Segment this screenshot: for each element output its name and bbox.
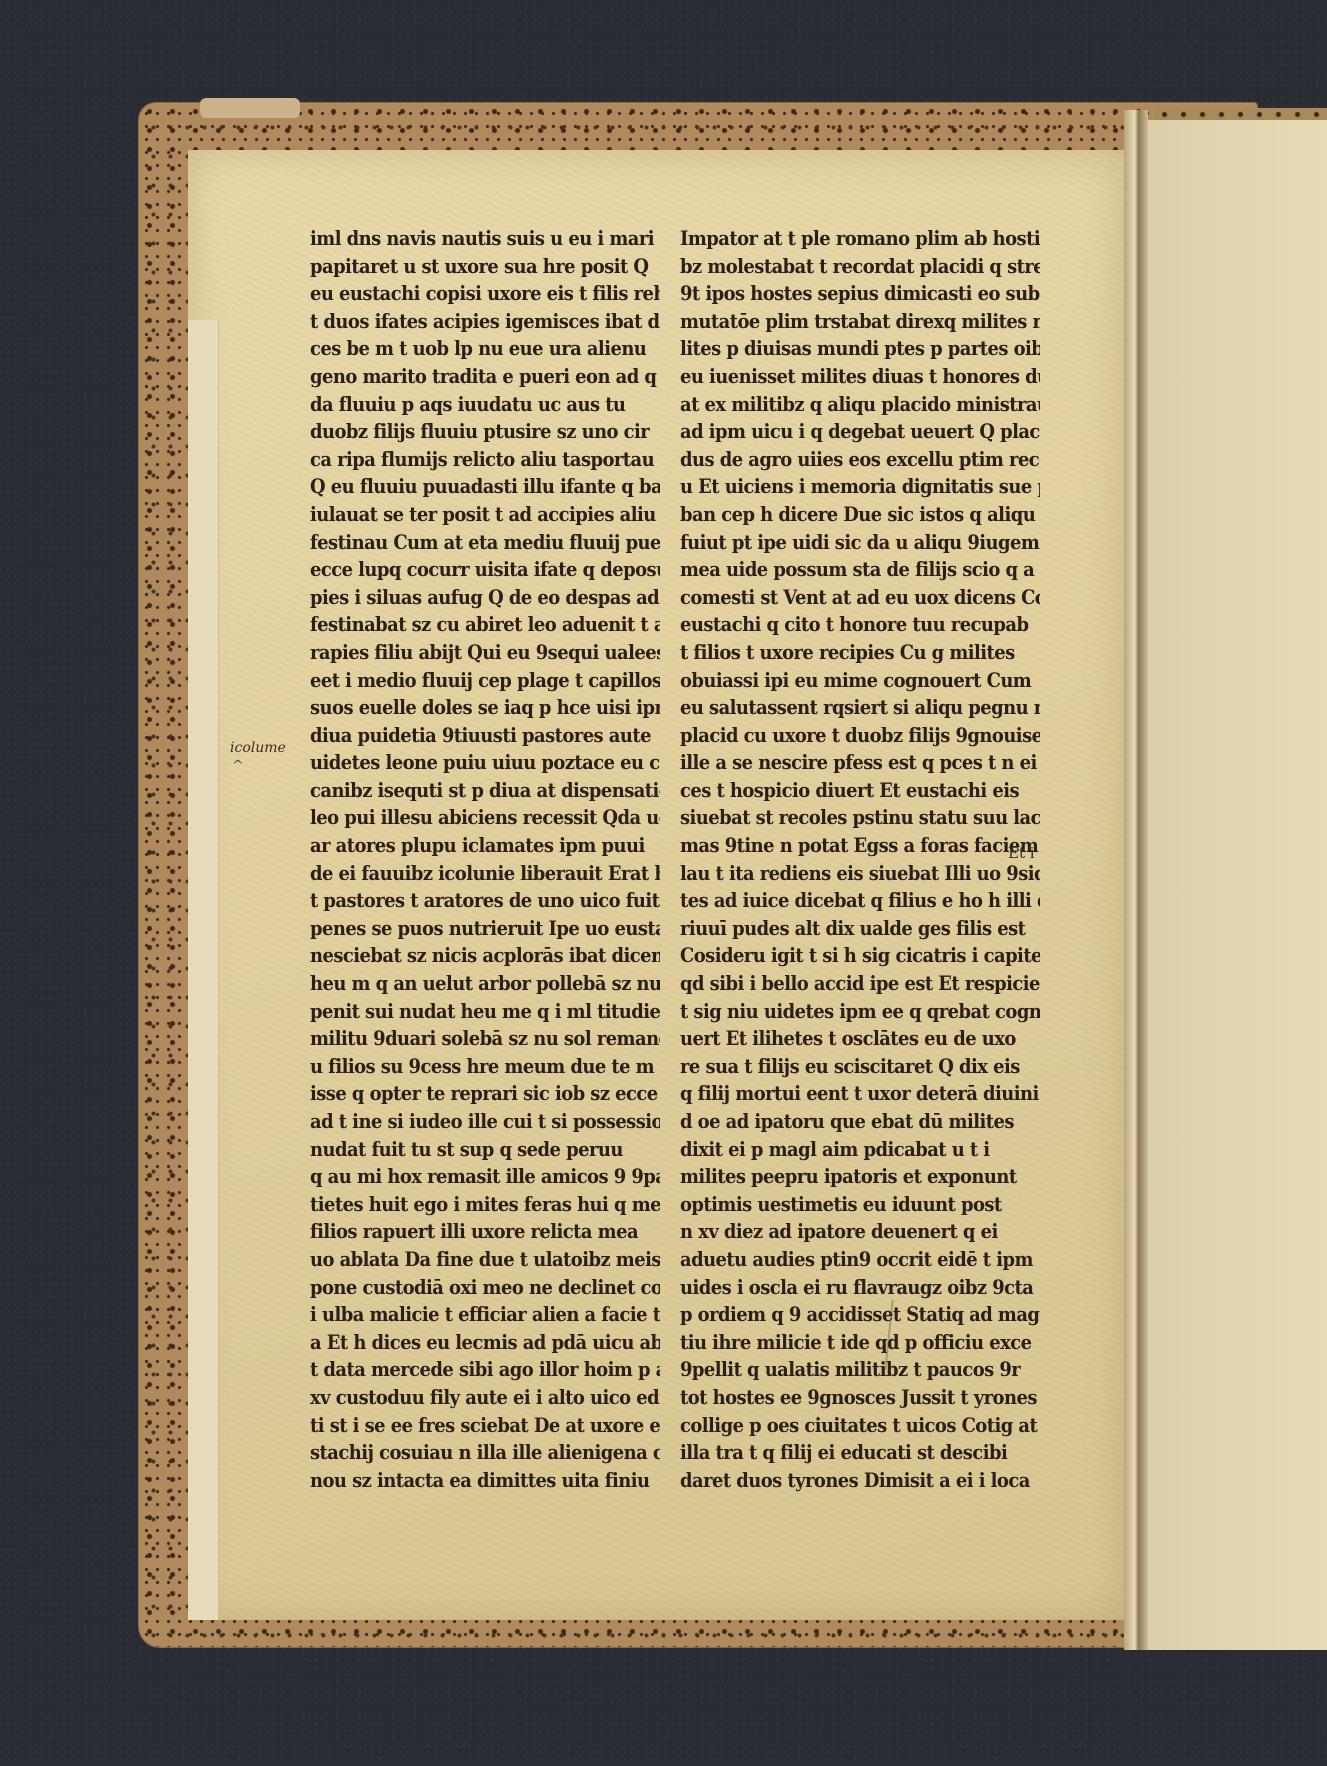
manuscript-line: illa tra t q filij ei educati st descibi [680, 1439, 1011, 1467]
manuscript-line: nou sz intacta ea dimittes uita finiu [310, 1467, 632, 1495]
manuscript-line: tes ad iuice dicebat q filius e ho h ill… [680, 887, 1011, 915]
manuscript-line: u Et uiciens i memoria dignitatis sue ps… [680, 473, 1011, 501]
manuscript-line: q filij mortui eent t uxor deterā diuini [680, 1080, 1011, 1108]
manuscript-line: t sig niu uidetes ipm ee q qrebat cognou… [680, 998, 1011, 1026]
manuscript-line: ad t ine si iudeo ille cui t si possessi… [310, 1108, 632, 1136]
manuscript-line: p ordiem q 9 accidisset Statiq ad magis [680, 1301, 1011, 1329]
manuscript-line: rapies filiu abijt Qui eu 9sequi ualees … [310, 639, 632, 667]
manuscript-line: uides i oscla ei ru flavraugz oibz 9cta [680, 1274, 1011, 1302]
manuscript-line: xv custoduu fily aute ei i alto uico edu… [310, 1384, 632, 1412]
manuscript-line: aduetu audies ptin9 occrit eidē t ipm [680, 1246, 1011, 1274]
manuscript-line: 9t ipos hostes sepius dimicasti eo subit… [680, 280, 1011, 308]
facing-page [1148, 120, 1327, 1650]
manuscript-line: pies i siluas aufug Q de eo despas ad al… [310, 584, 632, 612]
manuscript-line: t duos ifates acipies igemisces ibat di [310, 308, 632, 336]
manuscript-line: Impator at t ple romano plim ab hosti [680, 225, 1011, 253]
manuscript-line: ille a se nescire pfess est q pces t n e… [680, 749, 1011, 777]
manuscript-line: festinabat sz cu abiret leo aduenit t al… [310, 611, 632, 639]
manuscript-line: festinau Cum at eta mediu fluuij pueniss [310, 529, 632, 557]
manuscript-line: iml dns navis nautis suis u eu i mari [310, 225, 632, 253]
manuscript-line: leo pui illesu abiciens recessit Qda uo [310, 804, 632, 832]
manuscript-line: nudat fuit tu st sup q sede peruu [310, 1136, 632, 1164]
manuscript-line: lites p diuisas mundi ptes p partes oibz… [680, 335, 1011, 363]
manuscript-line: iulauat se ter posit t ad accipies aliu [310, 501, 632, 529]
manuscript-line: eu iuenisset milites diuas t honores duo [680, 363, 1011, 391]
caret-mark: ^ [232, 758, 244, 774]
manuscript-line: dus de agro uiies eos excellu ptim recog… [680, 446, 1011, 474]
manuscript-line: lau t ita rediens eis siuebat Illi uo 9s… [680, 860, 1011, 888]
manuscript-line: dixit ei p magl aim pdicabat u t i [680, 1136, 1011, 1164]
manuscript-line: tiu ihre milicie t ide qd p officiu exce [680, 1329, 1011, 1357]
manuscript-line: daret duos tyrones Dimisit a ei i loca [680, 1467, 1011, 1495]
manuscript-line: Q eu fluuiu puuadasti illu ifante q ba [310, 473, 632, 501]
manuscript-line: militu 9duari solebā sz nu sol remanes [310, 1025, 632, 1053]
manuscript-line: ban cep h dicere Due sic istos q aliqu m… [680, 501, 1011, 529]
manuscript-line: optimis uestimetis eu iduunt post [680, 1191, 1011, 1219]
manuscript-line: ces t hospicio diuert Et eustachi eis [680, 777, 1011, 805]
repair-stub-strip [188, 320, 219, 1620]
manuscript-line: riuuī pudes alt dix ualde ges filis est [680, 915, 1011, 943]
manuscript-line: penes se puos nutrieruit Ipe uo eustachi [310, 915, 632, 943]
manuscript-line: collige p oes ciuitates t uicos Cotig at [680, 1412, 1011, 1440]
manuscript-line: tietes huit ego i mites feras hui q meos [310, 1191, 632, 1219]
manuscript-line: mutatōe plim trstabat direxq milites mi [680, 308, 1011, 336]
manuscript-line: suos euelle doles se iaq p hce uisi ipm [310, 694, 632, 722]
manuscript-line: n xv diez ad ipatore deuenert q ei [680, 1218, 1011, 1246]
manuscript-line: qd sibi i bello accid ipe est Et respici… [680, 970, 1011, 998]
manuscript-line: t filios t uxore recipies Cu g milites [680, 639, 1011, 667]
manuscript-line: uidetes leone puiu uiuu poztace eu cu [310, 749, 632, 777]
manuscript-line: stachij cosuiau n illa ille alienigena c… [310, 1439, 632, 1467]
manuscript-line: eu eustachi copisi uxore eis t filis reh… [310, 280, 632, 308]
text-column-left: iml dns navis nautis suis u eu i maripap… [310, 225, 660, 1494]
marginal-note: icolume [230, 740, 286, 756]
manuscript-line: de ei fauuibz icolunie liberauit Erat ho [310, 860, 632, 888]
manuscript-line: i ulba malicie t efficiar alien a facie … [310, 1301, 632, 1329]
manuscript-line: ces be m t uob lp nu eue ura alienu [310, 335, 632, 363]
manuscript-line: papitaret u st uxore sua hre posit Q [310, 253, 632, 281]
manuscript-line: ca ripa flumijs relicto aliu tasportau [310, 446, 632, 474]
manuscript-line: at ex militibz q aliqu placido ministrau… [680, 391, 1011, 419]
manuscript-line: t data mercede sibi ago illor hoim p ano… [310, 1356, 632, 1384]
torn-binding-edge [200, 98, 300, 118]
manuscript-line: duobz filijs fluuiu ptusire sz uno cir [310, 418, 632, 446]
manuscript-line: comesti st Vent at ad eu uox dicens Cofi… [680, 584, 1011, 612]
manuscript-line: heu m q an uelut arbor pollebā sz nu [310, 970, 632, 998]
manuscript-line: tot hostes ee 9gnosces Jussit t yrones [680, 1384, 1011, 1412]
manuscript-line: mea uide possum sta de filijs scio q a f… [680, 556, 1011, 584]
manuscript-line: uo ablata Da fine due t ulatoibz meis t [310, 1246, 632, 1274]
manuscript-line: ecce lupq cocurr uisita ifate q deposuit… [310, 556, 632, 584]
manuscript-line: eu salutassent rqsiert si aliqu pegnu no… [680, 694, 1011, 722]
manuscript-line: ad ipm uicu i q degebat ueuert Q placi [680, 418, 1011, 446]
manuscript-line: Cosideru igit t si h sig cicatris i capi… [680, 942, 1011, 970]
manuscript-line: uert Et ilihetes t osclātes eu de uxo [680, 1025, 1011, 1053]
manuscript-line: t pastores t aratores de uno uico fuit t [310, 887, 632, 915]
manuscript-line: re sua t filijs eu sciscitaret Q dix eis [680, 1053, 1011, 1081]
manuscript-line: mas 9tine n potat Egss a foras faciem [680, 832, 1011, 860]
manuscript-line: ti st i se ee fres sciebat De at uxore e… [310, 1412, 632, 1440]
manuscript-line: milites peepru ipatoris et exponunt [680, 1163, 1011, 1191]
manuscript-line: filios rapuert illi uxore relicta mea [310, 1218, 632, 1246]
manuscript-line: 9pellit q ualatis militibz t paucos 9r [680, 1356, 1011, 1384]
manuscript-line: bz molestabat t recordat placidi q stren… [680, 253, 1011, 281]
manuscript-line: penit sui nudat heu me q i ml titudie [310, 998, 632, 1026]
manuscript-line: geno marito tradita e pueri eon ad q [310, 363, 632, 391]
manuscript-line: isse q opter te reprari sic iob sz ecce … [310, 1080, 632, 1108]
manuscript-line: diua puidetia 9tiuusti pastores aute [310, 722, 632, 750]
manuscript-line: u filios su 9cess hre meum due te m dix [310, 1053, 632, 1081]
manuscript-line: fuiut pt ipe uidi sic da u aliqu 9iugem [680, 529, 1011, 557]
manuscript-line: q au mi hox remasit ille amicos 9 9pa [310, 1163, 632, 1191]
manuscript-line: nesciebat sz nicis acplorās ibat dicens [310, 942, 632, 970]
manuscript-line: pone custodiā oxi meo ne declinet cor me… [310, 1274, 632, 1302]
manuscript-line: da fluuiu p aqs iuudatu uc aus tu [310, 391, 632, 419]
text-column-right: Impator at t ple romano plim ab hostibz … [680, 225, 1040, 1494]
manuscript-line: placid cu uxore t duobz filijs 9gnouiset [680, 722, 1011, 750]
manuscript-line: siuebat st recoles pstinu statu suu lac [680, 804, 1011, 832]
manuscript-line: ar atores plupu iclamates ipm puui [310, 832, 632, 860]
manuscript-line: eet i medio fluuij cep plage t capillos [310, 667, 632, 695]
manuscript-line: eustachi q cito t honore tuu recupab [680, 611, 1011, 639]
marginal-insertion: Et i [1008, 844, 1035, 862]
manuscript-line: d oe ad ipatoru que ebat dū milites [680, 1108, 1011, 1136]
manuscript-line: obuiassi ipi eu mime cognouert Cum [680, 667, 1011, 695]
gutter [1124, 110, 1148, 1650]
manuscript-line: canibz isequti st p diua at dispensation… [310, 777, 632, 805]
manuscript-line: a Et h dices eu lecmis ad pdā uicu abijt [310, 1329, 632, 1357]
